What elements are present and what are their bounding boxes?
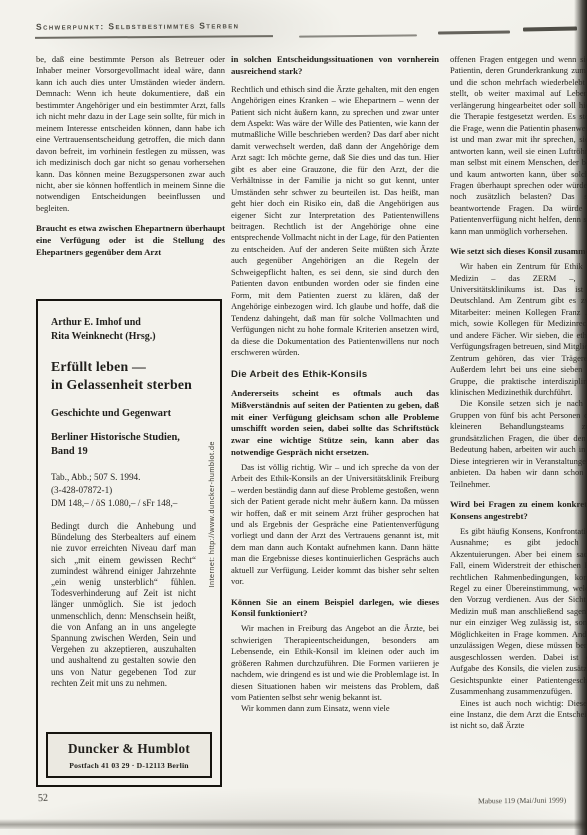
body-paragraph: Eines ist auch noch wichtig: Dieses Kons… xyxy=(450,698,587,732)
scan-artifact-line xyxy=(523,27,577,32)
body-paragraph: Rechtlich und ethisch sind die Ärzte geh… xyxy=(231,84,439,359)
publisher-name: Duncker & Humblot xyxy=(50,741,208,757)
scanned-journal-page: Schwerpunkt: Selbstbestimmtes Sterben be… xyxy=(0,0,587,835)
text-column-right: offenen Fragen entgegen und wenn sich z.… xyxy=(450,54,587,732)
section-kicker: Schwerpunkt: Selbstbestimmtes Sterben xyxy=(36,20,239,31)
book-advertisement: Arthur E. Imhof und Rita Weinknecht (Hrs… xyxy=(36,299,222,787)
journal-reference: Mabuse 119 (Mai/Juni 1999) xyxy=(478,796,566,806)
body-paragraph: Es gibt häufig Konsens, Konfrontationen … xyxy=(450,526,587,698)
ad-book-title: Erfüllt leben — in Gelassenheit sterben xyxy=(51,358,196,394)
kicker-underline xyxy=(35,35,273,38)
page-number: 52 xyxy=(38,793,49,805)
body-paragraph: Wir kommen dann zum Einsatz, wenn viele xyxy=(231,703,439,714)
ad-authors: Arthur E. Imhof und Rita Weinknecht (Hrs… xyxy=(51,316,196,343)
publisher-box: Duncker & Humblot Postfach 41 03 29 · D-… xyxy=(46,732,212,778)
text-column-middle: in solchen Entscheidungssituationen von … xyxy=(231,54,439,715)
interview-question: Wie setzt sich dieses Konsil zusammen? xyxy=(450,246,587,258)
body-paragraph: Wir machen in Freiburg das Angebot an di… xyxy=(231,623,439,703)
publisher-address: Postfach 41 03 29 · D-12113 Berlin xyxy=(50,761,208,770)
interview-question: Wird bei Fragen zu einem konkreten Patie… xyxy=(450,499,587,523)
scan-artifact-line xyxy=(299,34,417,37)
ad-subtitle: Geschichte und Gegenwart xyxy=(51,408,196,419)
interview-question: Können Sie an einem Beispiel darlegen, w… xyxy=(231,597,439,621)
text-column-left: be, daß eine bestimmte Person als Betreu… xyxy=(36,54,225,259)
ad-series: Berliner Historische Studien, Band 19 xyxy=(51,431,196,459)
scan-right-edge-shadow xyxy=(574,0,587,835)
body-paragraph: be, daß eine bestimmte Person als Betreu… xyxy=(36,54,225,214)
scan-artifact-line xyxy=(438,30,510,34)
ad-details: Tab., Abb.; 507 S. 1994. (3-428-07872-1)… xyxy=(51,471,196,510)
body-paragraph: offenen Fragen entgegen und wenn sich z.… xyxy=(450,54,587,237)
section-heading: Die Arbeit des Ethik-Konsils xyxy=(231,369,439,380)
ad-internet-note: Internet: http://www.duncker-humblot.de xyxy=(207,441,216,588)
body-paragraph: Das ist völlig richtig. Wir – und ich sp… xyxy=(231,462,439,588)
interview-question: Andererseits scheint es oftmals auch das… xyxy=(231,388,439,459)
ad-body-text: Bedingt durch die Anhebung und Bündelung… xyxy=(51,521,196,689)
interview-question-continuation: in solchen Entscheidungssituationen von … xyxy=(231,54,439,78)
scan-bottom-shadow xyxy=(0,819,587,829)
body-paragraph: Die Konsile setzen sich je nach Fall ent… xyxy=(450,398,587,490)
interview-question: Braucht es etwa zwischen Ehepartnern übe… xyxy=(36,223,225,258)
body-paragraph: Wir haben ein Zentrum für Ethik und Rech… xyxy=(450,261,587,398)
